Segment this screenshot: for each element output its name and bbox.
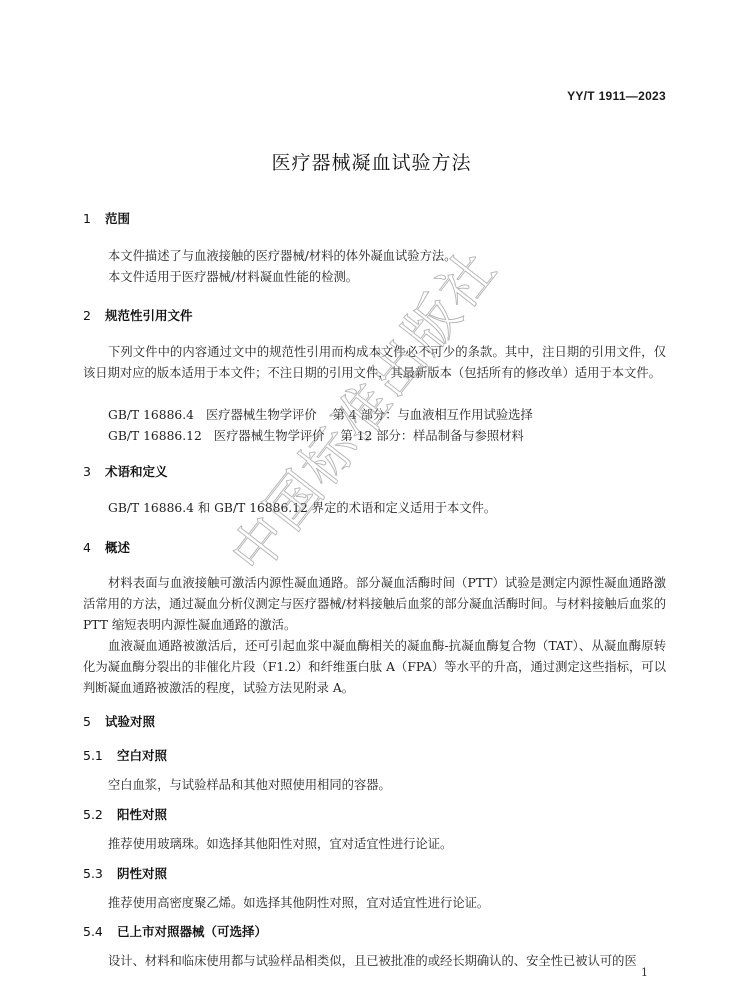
section-2-heading: 2规范性引用文件 [83, 306, 193, 324]
document-title: 医疗器械凝血试验方法 [0, 148, 743, 175]
reference-item: GB/T 16886.12医疗器械生物学评价第 12 部分：样品制备与参照材料 [108, 426, 524, 444]
section-title: 规范性引用文件 [105, 308, 193, 323]
page-number: 1 [641, 966, 648, 979]
section-4-heading: 4概述 [83, 538, 130, 556]
normative-references-intro: 下列文件中的内容通过文中的规范性引用而构成本文件必不可少的条款。其中，注日期的引… [83, 342, 666, 384]
positive-control-text: 推荐使用玻璃珠。如选择其他阳性对照，宜对适宜性进行论证。 [108, 834, 452, 852]
subsection-title: 已上市对照器械（可选择） [117, 924, 267, 939]
subsection-5-4-heading: 5.4已上市对照器械（可选择） [83, 922, 267, 940]
subsection-number: 5.2 [83, 807, 117, 822]
subsection-number: 5.1 [83, 748, 117, 763]
terms-paragraph: GB/T 16886.4 和 GB/T 16886.12 界定的术语和定义适用于… [108, 498, 496, 516]
section-5-heading: 5试验对照 [83, 712, 155, 730]
subsection-title: 空白对照 [117, 748, 167, 763]
subsection-5-3-heading: 5.3阴性对照 [83, 864, 167, 882]
overview-paragraph-1: 材料表面与血液接触可激活内源性凝血通路。部分凝血活酶时间（PTT）试验是测定内源… [83, 573, 666, 636]
section-number: 2 [83, 308, 105, 323]
marketed-device-text: 设计、材料和临床使用都与试验样品相类似，且已被批准的或经长期确认的、安全性已被认… [108, 951, 637, 969]
subsection-number: 5.4 [83, 924, 117, 939]
scope-paragraph-1: 本文件描述了与血液接触的医疗器械/材料的体外凝血试验方法。 [108, 246, 456, 264]
reference-part: 第 12 部分：样品制备与参照材料 [340, 429, 523, 443]
negative-control-text: 推荐使用高密度聚乙烯。如选择其他阴性对照，宜对适宜性进行论证。 [108, 893, 489, 911]
subsection-5-1-heading: 5.1空白对照 [83, 746, 167, 764]
section-number: 5 [83, 714, 105, 729]
subsection-title: 阳性对照 [117, 807, 167, 822]
section-number: 4 [83, 540, 105, 555]
subsection-title: 阴性对照 [117, 866, 167, 881]
reference-code: GB/T 16886.4 [108, 408, 194, 422]
standard-code: YY/T 1911—2023 [567, 89, 666, 103]
reference-item: GB/T 16886.4医疗器械生物学评价第 4 部分：与血液相互作用试验选择 [108, 405, 533, 423]
reference-part: 第 4 部分：与血液相互作用试验选择 [333, 408, 533, 422]
section-1-heading: 1范围 [83, 209, 130, 227]
subsection-5-2-heading: 5.2阳性对照 [83, 805, 167, 823]
subsection-number: 5.3 [83, 866, 117, 881]
section-title: 范围 [105, 211, 130, 226]
section-number: 3 [83, 464, 105, 479]
reference-code: GB/T 16886.12 [108, 429, 202, 443]
section-3-heading: 3术语和定义 [83, 462, 168, 480]
scope-paragraph-2: 本文件适用于医疗器械/材料凝血性能的检测。 [108, 267, 358, 285]
section-title: 术语和定义 [105, 464, 168, 479]
reference-title: 医疗器械生物学评价 [214, 426, 325, 444]
section-number: 1 [83, 211, 105, 226]
section-title: 概述 [105, 540, 130, 555]
blank-control-text: 空白血浆，与试验样品和其他对照使用相同的容器。 [108, 775, 391, 793]
section-title: 试验对照 [105, 714, 155, 729]
reference-title: 医疗器械生物学评价 [206, 405, 317, 423]
overview-paragraph-2: 血液凝血通路被激活后，还可引起血浆中凝血酶相关的凝血酶-抗凝血酶复合物（TAT）… [83, 636, 666, 699]
